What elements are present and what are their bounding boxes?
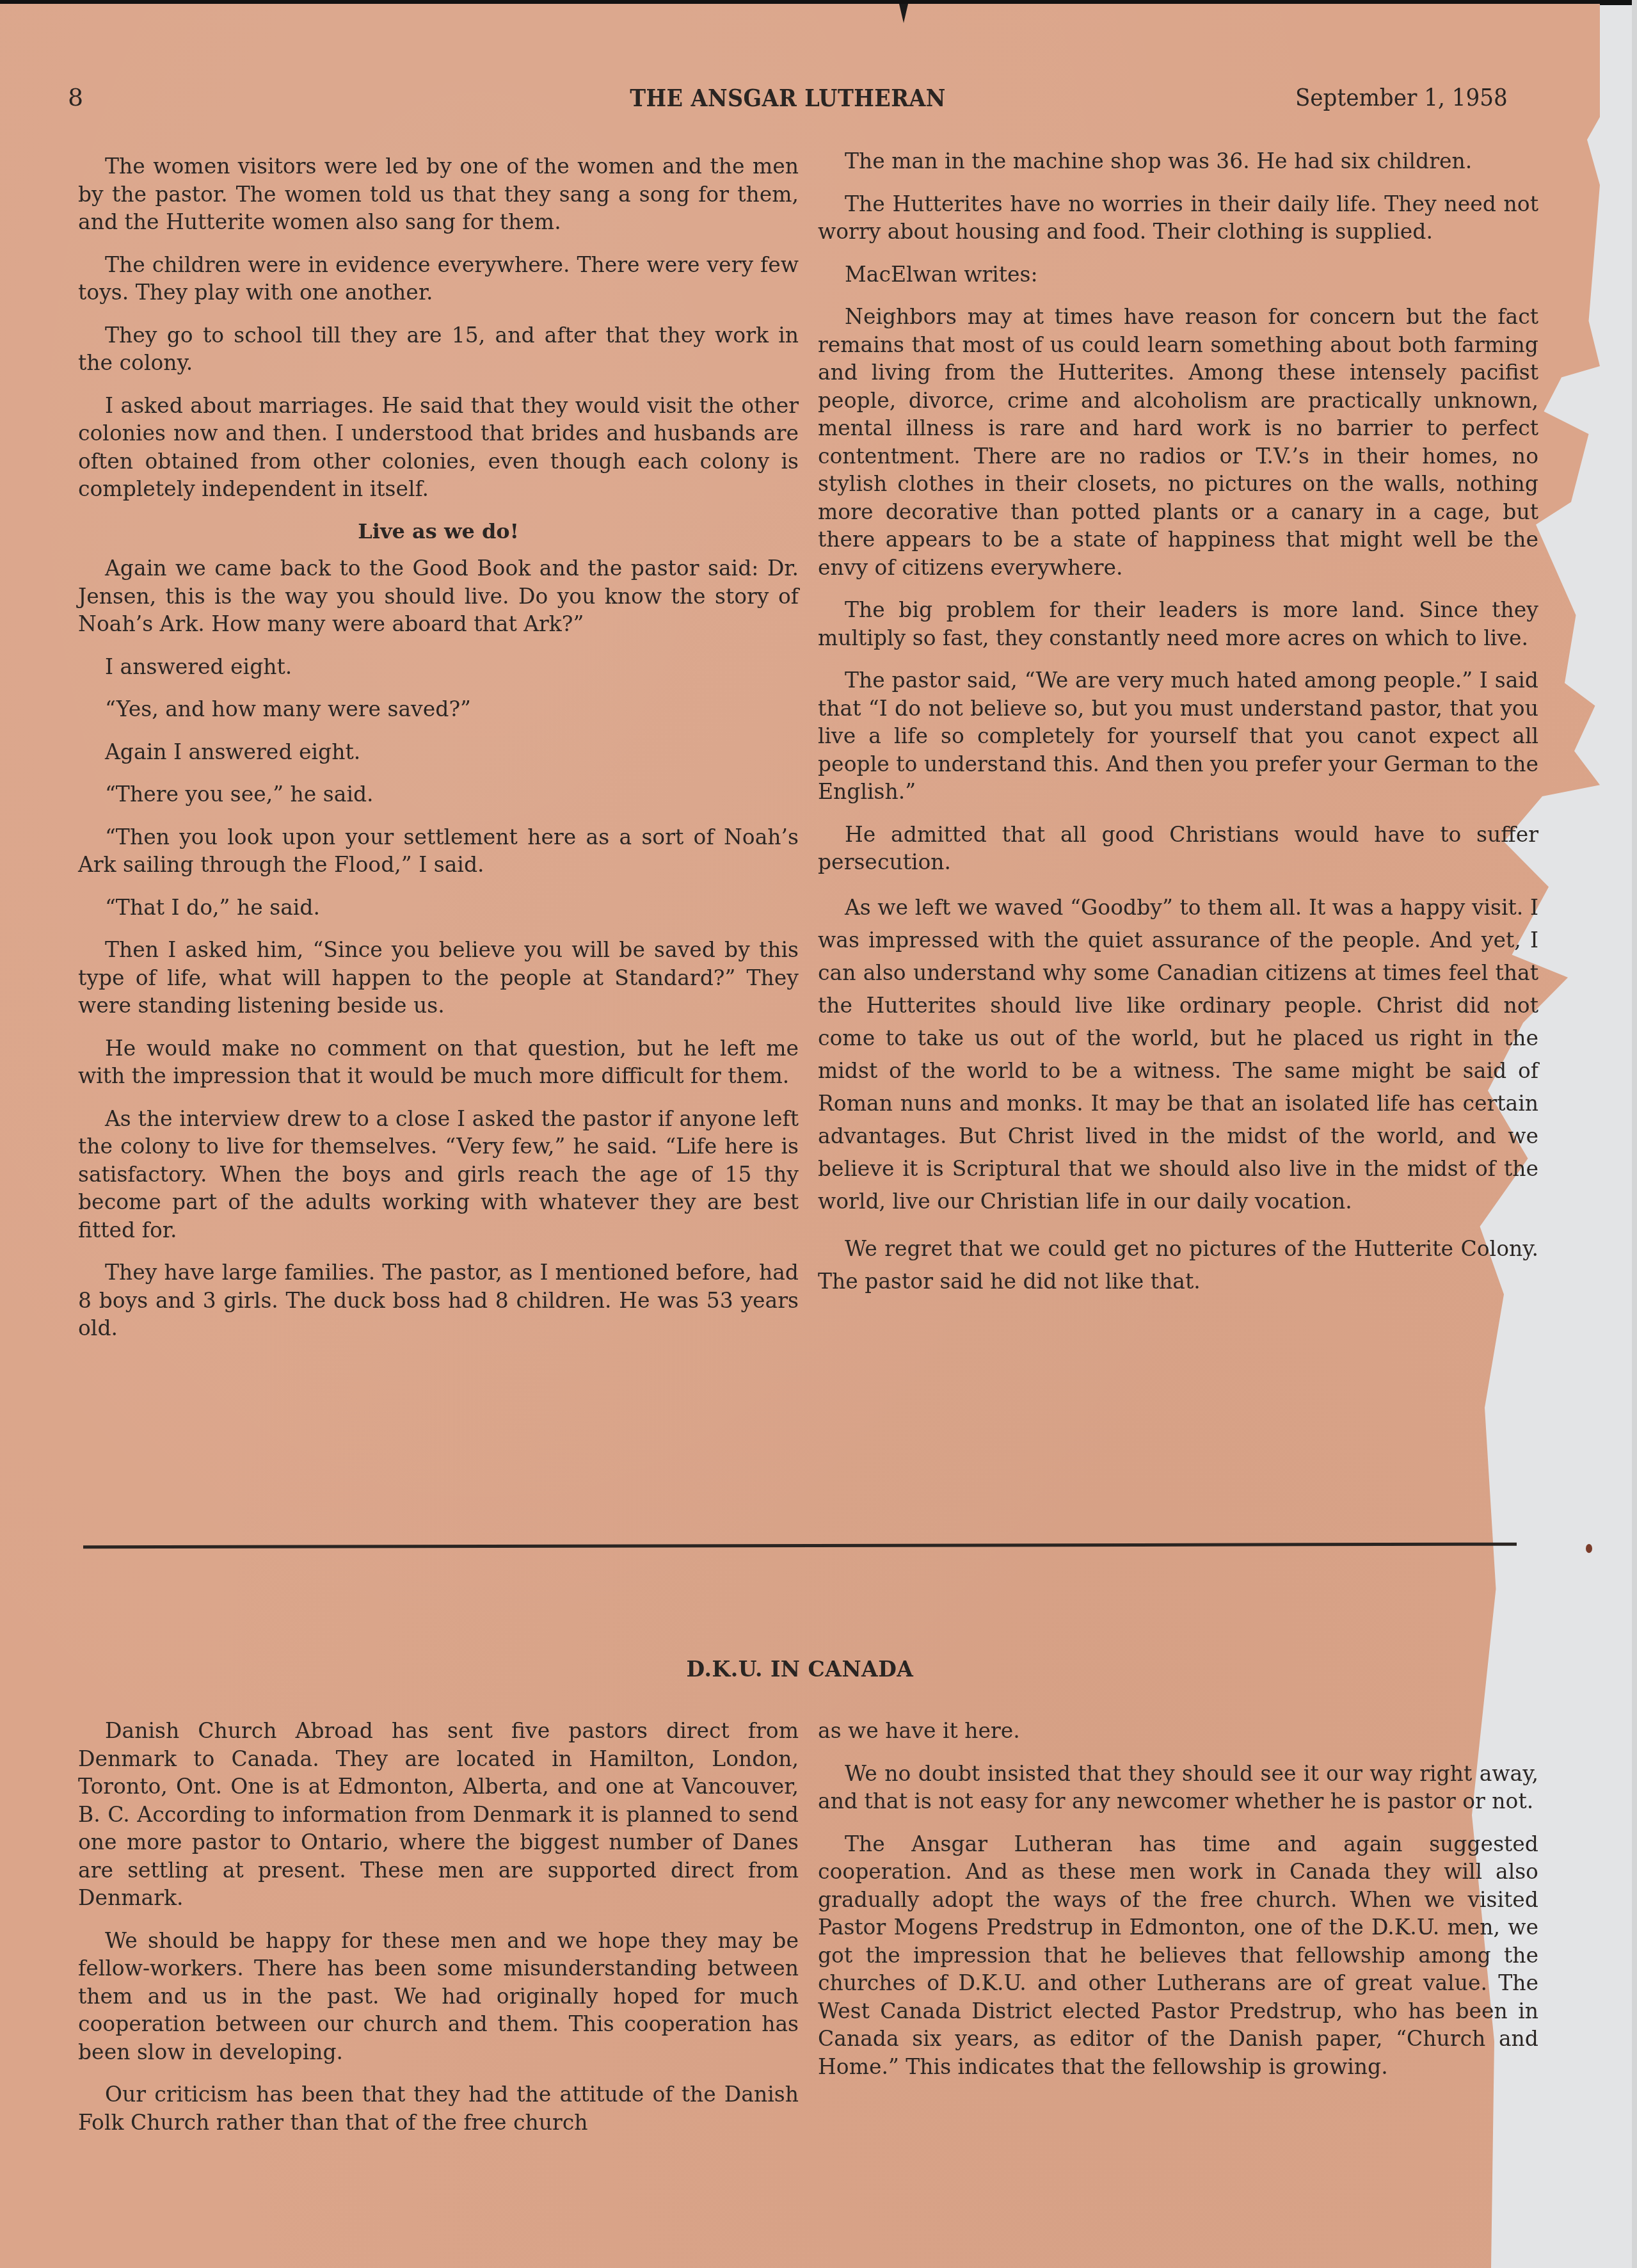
paragraph: Then I asked him, “Since you believe you…: [78, 936, 799, 1020]
article-2-left-column: Danish Church Abroad has sent five pasto…: [78, 1717, 799, 2151]
paragraph: The man in the machine shop was 36. He h…: [818, 147, 1538, 175]
paragraph: We should be happy for these men and we …: [78, 1927, 799, 2066]
paragraph: The big problem for their leaders is mor…: [818, 596, 1538, 652]
paragraph: MacElwan writes:: [818, 261, 1538, 289]
paragraph: Again I answered eight.: [78, 738, 799, 766]
paragraph: They go to school till they are 15, and …: [78, 321, 799, 377]
page-header: 8 THE ANSGAR LUTHERAN September 1, 1958: [68, 83, 1508, 122]
paragraph: As the interview drew to a close I asked…: [78, 1105, 799, 1244]
article-1-left-column: The women visitors were led by one of th…: [78, 152, 799, 1357]
paragraph: They have large families. The pastor, as…: [78, 1259, 799, 1342]
paragraph: I answered eight.: [78, 653, 799, 681]
paragraph: “Yes, and how many were saved?”: [78, 695, 799, 723]
issue-date: September 1, 1958: [1295, 83, 1508, 111]
paragraph: “There you see,” he said.: [78, 780, 799, 808]
paragraph: He admitted that all good Christians wou…: [818, 821, 1538, 876]
subheading: Live as we do!: [78, 518, 799, 546]
paragraph-continuation: as we have it here.: [818, 1717, 1538, 1745]
paragraph: The Hutterites have no worries in their …: [818, 190, 1538, 246]
paragraph: Danish Church Abroad has sent five pasto…: [78, 1717, 799, 1912]
paragraph: The women visitors were led by one of th…: [78, 152, 799, 236]
paragraph: As we left we waved “Goodby” to them all…: [818, 891, 1538, 1218]
scanner-bed-margin: [1632, 0, 1637, 2268]
paragraph: He would make no comment on that questio…: [78, 1034, 799, 1090]
paragraph: We no doubt insisted that they should se…: [818, 1760, 1538, 1815]
paragraph: Again we came back to the Good Book and …: [78, 554, 799, 638]
paragraph: We regret that we could get no pictures …: [818, 1232, 1538, 1298]
paragraph: I asked about marriages. He said that th…: [78, 392, 799, 503]
paragraph: “Then you look upon your settlement here…: [78, 823, 799, 879]
quoted-paragraph: Neighbors may at times have reason for c…: [818, 303, 1538, 581]
publication-title: THE ANSGAR LUTHERAN: [154, 83, 1421, 112]
paragraph: The children were in evidence everywhere…: [78, 251, 799, 307]
article-1-right-column: The man in the machine shop was 36. He h…: [818, 147, 1538, 1312]
paragraph: The Ansgar Lutheran has time and again s…: [818, 1830, 1538, 2081]
article-2-title: D.K.U. IN CANADA: [0, 1657, 1600, 1682]
paper-blemish: [1586, 1544, 1592, 1553]
paragraph: The pastor said, “We are very much hated…: [818, 666, 1538, 806]
page-number: 8: [68, 83, 83, 111]
paragraph: “That I do,” he said.: [78, 894, 799, 922]
paragraph: Our criticism has been that they had the…: [78, 2080, 799, 2136]
article-2-right-column: as we have it here. We no doubt insisted…: [818, 1717, 1538, 2095]
